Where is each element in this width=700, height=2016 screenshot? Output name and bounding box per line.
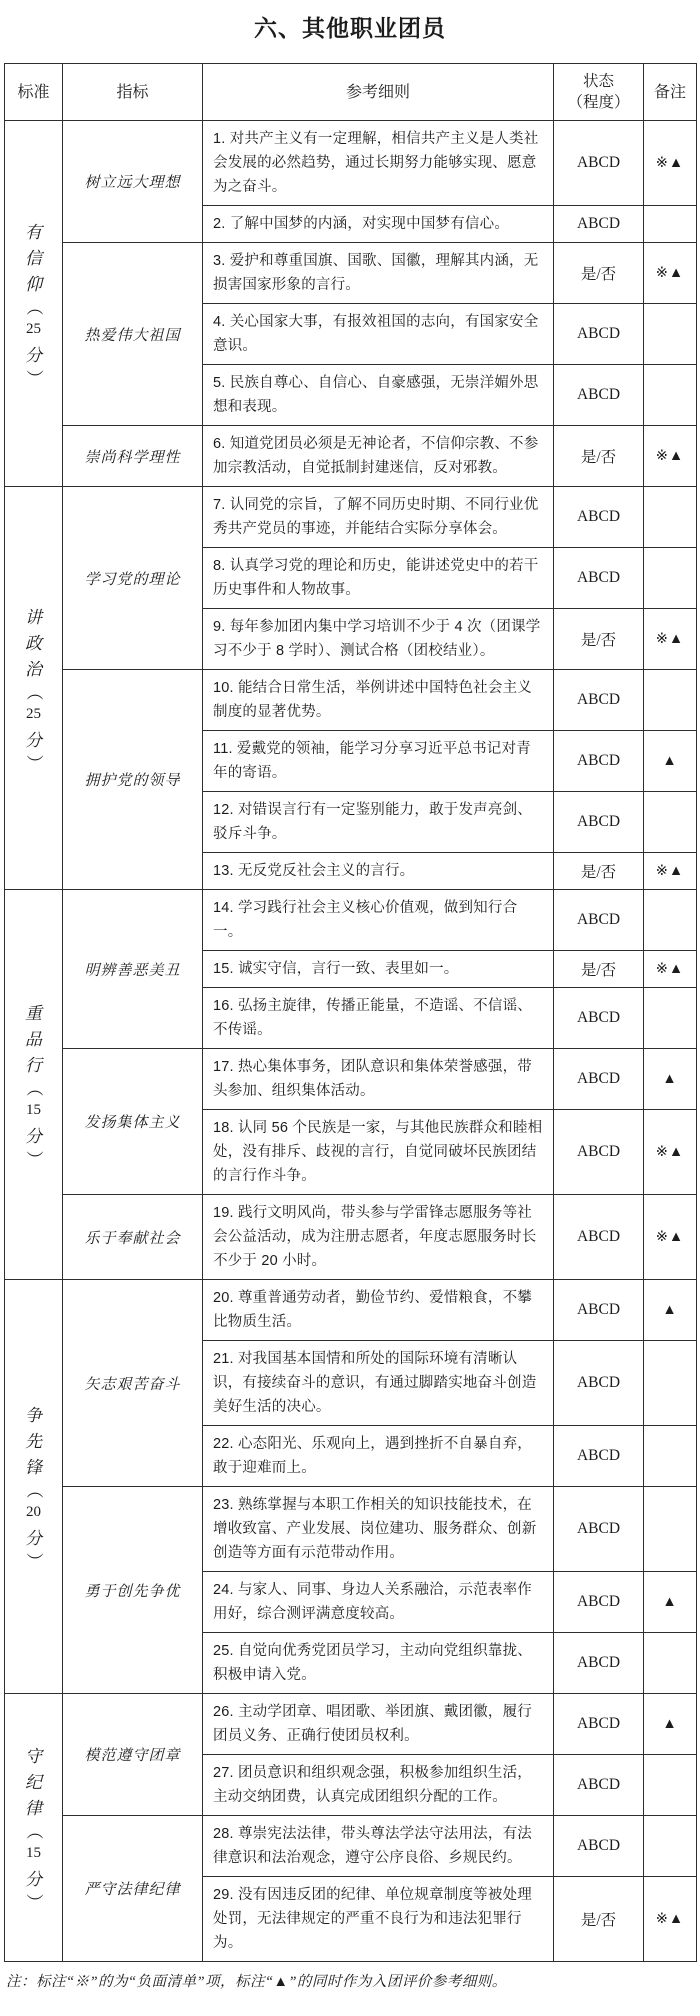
col-header-status: 状态 （程度） xyxy=(554,64,644,121)
remark-cell xyxy=(644,1816,697,1877)
standard-vertical-label: 重品行（15分） xyxy=(5,1004,62,1165)
status-cell: ABCD xyxy=(554,1572,644,1633)
remark-cell xyxy=(644,670,697,731)
detail-cell: 1. 对共产主义有一定理解，相信共产主义是人类社会发展的必然趋势，通过长期努力能… xyxy=(203,121,554,206)
remark-cell xyxy=(644,206,697,243)
indicator-cell: 模范遵守团章 xyxy=(63,1694,203,1816)
status-cell: ABCD xyxy=(554,1280,644,1341)
standard-cell: 守纪律（15分） xyxy=(5,1694,63,1962)
remark-cell xyxy=(644,1341,697,1426)
document-page: 六、其他职业团员 标准 指标 参考细则 状态 （程度） 备注 有信仰（25分）树… xyxy=(0,0,700,1999)
table-row: 重品行（15分）明辨善恶美丑14. 学习践行社会主义核心价值观，做到知行合一。A… xyxy=(5,890,697,951)
detail-cell: 11. 爱戴党的领袖，能学习分享习近平总书记对青年的寄语。 xyxy=(203,731,554,792)
detail-cell: 8. 认真学习党的理论和历史，能讲述党史中的若干历史事件和人物故事。 xyxy=(203,548,554,609)
detail-cell: 18. 认同 56 个民族是一家，与其他民族群众和睦相处，没有排斥、歧视的言行，… xyxy=(203,1110,554,1195)
table-body: 有信仰（25分）树立远大理想1. 对共产主义有一定理解，相信共产主义是人类社会发… xyxy=(5,121,697,1962)
status-cell: ABCD xyxy=(554,1755,644,1816)
standard-vertical-label: 争先锋（20分） xyxy=(5,1406,62,1567)
remark-cell xyxy=(644,548,697,609)
status-cell: 是/否 xyxy=(554,609,644,670)
detail-cell: 12. 对错误言行有一定鉴别能力，敢于发声亮剑、驳斥斗争。 xyxy=(203,792,554,853)
status-cell: ABCD xyxy=(554,1195,644,1280)
detail-cell: 13. 无反党反社会主义的言行。 xyxy=(203,853,554,890)
header-row: 标准 指标 参考细则 状态 （程度） 备注 xyxy=(5,64,697,121)
table-row: 讲政治（25分）学习党的理论7. 认同党的宗旨，了解不同历史时期、不同行业优秀共… xyxy=(5,487,697,548)
status-cell: ABCD xyxy=(554,121,644,206)
remark-cell xyxy=(644,988,697,1049)
remark-cell xyxy=(644,792,697,853)
remark-cell xyxy=(644,1755,697,1816)
status-cell: 是/否 xyxy=(554,853,644,890)
detail-cell: 24. 与家人、同事、身边人关系融洽，示范表率作用好，综合测评满意度较高。 xyxy=(203,1572,554,1633)
col-header-standard: 标准 xyxy=(5,64,63,121)
detail-cell: 22. 心态阳光、乐观向上，遇到挫折不自暴自弃，敢于迎难而上。 xyxy=(203,1426,554,1487)
detail-cell: 10. 能结合日常生活，举例讲述中国特色社会主义制度的显著优势。 xyxy=(203,670,554,731)
table-row: 崇尚科学理性6. 知道党团员必须是无神论者，不信仰宗教、不参加宗教活动，自觉抵制… xyxy=(5,426,697,487)
remark-cell xyxy=(644,304,697,365)
detail-cell: 25. 自觉向优秀党团员学习，主动向党组织靠拢、积极申请入党。 xyxy=(203,1633,554,1694)
status-cell: ABCD xyxy=(554,890,644,951)
evaluation-table: 标准 指标 参考细则 状态 （程度） 备注 有信仰（25分）树立远大理想1. 对… xyxy=(4,63,697,1962)
col-header-remark: 备注 xyxy=(644,64,697,121)
detail-cell: 19. 践行文明风尚，带头参与学雷锋志愿服务等社会公益活动，成为注册志愿者，年度… xyxy=(203,1195,554,1280)
indicator-cell: 热爱伟大祖国 xyxy=(63,243,203,426)
status-cell: 是/否 xyxy=(554,426,644,487)
remark-cell: ▲ xyxy=(644,1049,697,1110)
detail-cell: 14. 学习践行社会主义核心价值观，做到知行合一。 xyxy=(203,890,554,951)
standard-cell: 重品行（15分） xyxy=(5,890,63,1280)
remark-cell: ▲ xyxy=(644,1572,697,1633)
status-cell: ABCD xyxy=(554,1816,644,1877)
detail-cell: 16. 弘扬主旋律，传播正能量，不造谣、不信谣、不传谣。 xyxy=(203,988,554,1049)
status-cell: ABCD xyxy=(554,988,644,1049)
indicator-cell: 树立远大理想 xyxy=(63,121,203,243)
detail-cell: 29. 没有因违反团的纪律、单位规章制度等被处理处罚，无法律规定的严重不良行为和… xyxy=(203,1877,554,1962)
table-row: 严守法律纪律28. 尊崇宪法法律，带头尊法学法守法用法，有法律意识和法治观念，遵… xyxy=(5,1816,697,1877)
indicator-cell: 明辨善恶美丑 xyxy=(63,890,203,1049)
status-cell: ABCD xyxy=(554,1341,644,1426)
remark-cell: ※▲ xyxy=(644,951,697,988)
remark-cell xyxy=(644,365,697,426)
page-title: 六、其他职业团员 xyxy=(4,10,696,43)
status-cell: ABCD xyxy=(554,487,644,548)
standard-vertical-label: 讲政治（25分） xyxy=(5,608,62,769)
standard-cell: 有信仰（25分） xyxy=(5,121,63,487)
standard-cell: 争先锋（20分） xyxy=(5,1280,63,1694)
indicator-cell: 学习党的理论 xyxy=(63,487,203,670)
indicator-cell: 严守法律纪律 xyxy=(63,1816,203,1962)
remark-cell: ※▲ xyxy=(644,853,697,890)
remark-cell xyxy=(644,487,697,548)
detail-cell: 27. 团员意识和组织观念强，积极参加组织生活，主动交纳团费，认真完成团组织分配… xyxy=(203,1755,554,1816)
remark-cell xyxy=(644,1426,697,1487)
detail-cell: 26. 主动学团章、唱团歌、举团旗、戴团徽，履行团员义务、正确行使团员权利。 xyxy=(203,1694,554,1755)
remark-cell: ※▲ xyxy=(644,243,697,304)
detail-cell: 2. 了解中国梦的内涵，对实现中国梦有信心。 xyxy=(203,206,554,243)
detail-cell: 15. 诚实守信，言行一致、表里如一。 xyxy=(203,951,554,988)
status-cell: 是/否 xyxy=(554,951,644,988)
detail-cell: 5. 民族自尊心、自信心、自豪感强，无崇洋媚外思想和表现。 xyxy=(203,365,554,426)
table-row: 争先锋（20分）矢志艰苦奋斗20. 尊重普通劳动者，勤俭节约、爱惜粮食，不攀比物… xyxy=(5,1280,697,1341)
status-cell: 是/否 xyxy=(554,243,644,304)
detail-cell: 17. 热心集体事务，团队意识和集体荣誉感强，带头参加、组织集体活动。 xyxy=(203,1049,554,1110)
remark-cell: ※▲ xyxy=(644,1110,697,1195)
detail-cell: 28. 尊崇宪法法律，带头尊法学法守法用法，有法律意识和法治观念，遵守公序良俗、… xyxy=(203,1816,554,1877)
col-header-detail: 参考细则 xyxy=(203,64,554,121)
footnote: 注：标注“※”的为“负面清单”项，标注“▲”的同时作为入团评价参考细则。 xyxy=(6,1971,696,1993)
remark-cell: ※▲ xyxy=(644,609,697,670)
table-row: 热爱伟大祖国3. 爱护和尊重国旗、国歌、国徽，理解其内涵，无损害国家形象的言行。… xyxy=(5,243,697,304)
remark-cell: ▲ xyxy=(644,1280,697,1341)
status-cell: ABCD xyxy=(554,1110,644,1195)
table-row: 乐于奉献社会19. 践行文明风尚，带头参与学雷锋志愿服务等社会公益活动，成为注册… xyxy=(5,1195,697,1280)
status-cell: ABCD xyxy=(554,206,644,243)
status-cell: ABCD xyxy=(554,792,644,853)
detail-cell: 6. 知道党团员必须是无神论者，不信仰宗教、不参加宗教活动，自觉抵制封建迷信，反… xyxy=(203,426,554,487)
indicator-cell: 崇尚科学理性 xyxy=(63,426,203,487)
remark-cell xyxy=(644,890,697,951)
status-cell: 是/否 xyxy=(554,1877,644,1962)
remark-cell: ▲ xyxy=(644,1694,697,1755)
remark-cell: ※▲ xyxy=(644,121,697,206)
table-row: 拥护党的领导10. 能结合日常生活，举例讲述中国特色社会主义制度的显著优势。AB… xyxy=(5,670,697,731)
table-row: 守纪律（15分）模范遵守团章26. 主动学团章、唱团歌、举团旗、戴团徽，履行团员… xyxy=(5,1694,697,1755)
status-cell: ABCD xyxy=(554,304,644,365)
table-row: 勇于创先争优23. 熟练掌握与本职工作相关的知识技能技术，在增收致富、产业发展、… xyxy=(5,1487,697,1572)
detail-cell: 3. 爱护和尊重国旗、国歌、国徽，理解其内涵，无损害国家形象的言行。 xyxy=(203,243,554,304)
detail-cell: 7. 认同党的宗旨，了解不同历史时期、不同行业优秀共产党员的事迹，并能结合实际分… xyxy=(203,487,554,548)
remark-cell xyxy=(644,1633,697,1694)
remark-cell: ※▲ xyxy=(644,1195,697,1280)
indicator-cell: 矢志艰苦奋斗 xyxy=(63,1280,203,1487)
indicator-cell: 勇于创先争优 xyxy=(63,1487,203,1694)
col-header-indicator: 指标 xyxy=(63,64,203,121)
detail-cell: 20. 尊重普通劳动者，勤俭节约、爱惜粮食，不攀比物质生活。 xyxy=(203,1280,554,1341)
status-cell: ABCD xyxy=(554,1694,644,1755)
remark-cell: ※▲ xyxy=(644,426,697,487)
standard-vertical-label: 守纪律（15分） xyxy=(5,1747,62,1908)
indicator-cell: 拥护党的领导 xyxy=(63,670,203,890)
detail-cell: 4. 关心国家大事，有报效祖国的志向，有国家安全意识。 xyxy=(203,304,554,365)
status-cell: ABCD xyxy=(554,1049,644,1110)
remark-cell: ▲ xyxy=(644,731,697,792)
remark-cell: ※▲ xyxy=(644,1877,697,1962)
detail-cell: 9. 每年参加团内集中学习培训不少于 4 次（团课学习不少于 8 学时）、测试合… xyxy=(203,609,554,670)
standard-cell: 讲政治（25分） xyxy=(5,487,63,890)
status-cell: ABCD xyxy=(554,731,644,792)
status-cell: ABCD xyxy=(554,670,644,731)
detail-cell: 21. 对我国基本国情和所处的国际环境有清晰认识，有接续奋斗的意识，有通过脚踏实… xyxy=(203,1341,554,1426)
indicator-cell: 发扬集体主义 xyxy=(63,1049,203,1195)
remark-cell xyxy=(644,1487,697,1572)
table-row: 发扬集体主义17. 热心集体事务，团队意识和集体荣誉感强，带头参加、组织集体活动… xyxy=(5,1049,697,1110)
table-row: 有信仰（25分）树立远大理想1. 对共产主义有一定理解，相信共产主义是人类社会发… xyxy=(5,121,697,206)
detail-cell: 23. 熟练掌握与本职工作相关的知识技能技术，在增收致富、产业发展、岗位建功、服… xyxy=(203,1487,554,1572)
status-cell: ABCD xyxy=(554,1426,644,1487)
indicator-cell: 乐于奉献社会 xyxy=(63,1195,203,1280)
standard-vertical-label: 有信仰（25分） xyxy=(5,223,62,384)
status-cell: ABCD xyxy=(554,1487,644,1572)
status-cell: ABCD xyxy=(554,365,644,426)
status-cell: ABCD xyxy=(554,1633,644,1694)
status-cell: ABCD xyxy=(554,548,644,609)
table-header: 标准 指标 参考细则 状态 （程度） 备注 xyxy=(5,64,697,121)
